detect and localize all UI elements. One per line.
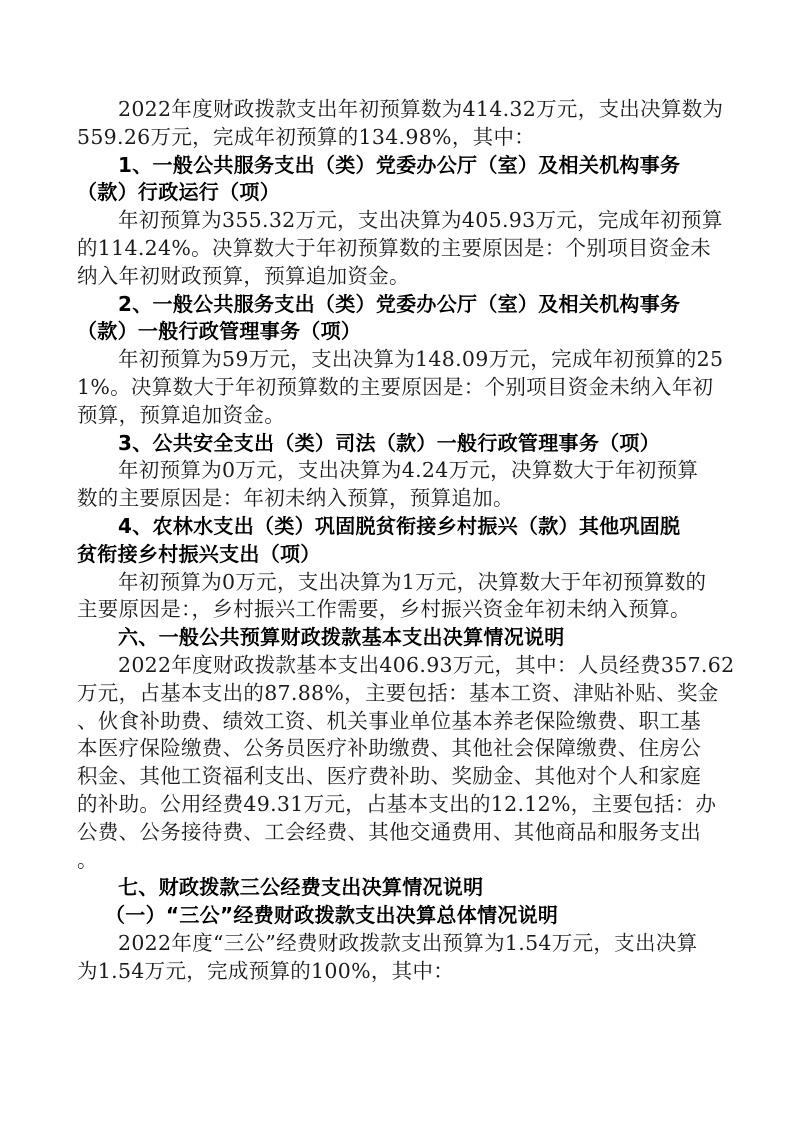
subsection-heading: （一）“三公”经费财政拨款支出决算总体情况说明 [77, 902, 717, 930]
section-heading: （款）行政运行（项） [77, 179, 717, 207]
section-heading: 七、财政拨款三公经费支出决算情况说明 [77, 874, 717, 902]
paragraph-line: 1%。决算数大于年初预算数的主要原因是：个别项目资金未纳入年初 [77, 374, 717, 402]
paragraph-line: 公费、公务接待费、工会经费、其他交通费用、其他商品和服务支出 [77, 819, 717, 847]
paragraph-line: 。 [77, 847, 717, 875]
section-heading: 3、公共安全支出（类）司法（款）一般行政管理事务（项） [77, 430, 717, 458]
paragraph-line: 积金、其他工资福利支出、医疗费补助、奖励金、其他对个人和家庭 [77, 763, 717, 791]
document-page: 2022年度财政拨款支出年初预算数为414.32万元，支出决算数为 559.26… [77, 96, 717, 986]
section-heading: 1、一般公共服务支出（类）党委办公厅（室）及相关机构事务 [77, 152, 717, 180]
paragraph-line: 数的主要原因是：年初未纳入预算，预算追加。 [77, 485, 717, 513]
paragraph-line: 年初预算为59万元，支出决算为148.09万元，完成年初预算的25 [77, 346, 717, 374]
section-heading: 4、农林水支出（类）巩固脱贫衔接乡村振兴（款）其他巩固脱 [77, 513, 717, 541]
paragraph-line: 2022年度“三公”经费财政拨款支出预算为1.54万元，支出决算 [77, 930, 717, 958]
paragraph-line: 本医疗保险缴费、公务员医疗补助缴费、其他社会保障缴费、住房公 [77, 735, 717, 763]
paragraph-line: 的补助。公用经费49.31万元，占基本支出的12.12%，主要包括：办 [77, 791, 717, 819]
section-heading: 2、一般公共服务支出（类）党委办公厅（室）及相关机构事务 [77, 291, 717, 319]
paragraph-line: 年初预算为355.32万元，支出决算为405.93万元，完成年初预算 [77, 207, 717, 235]
paragraph-line: 、伙食补助费、绩效工资、机关事业单位基本养老保险缴费、职工基 [77, 708, 717, 736]
paragraph-line: 为1.54万元，完成预算的100%，其中： [77, 958, 717, 986]
paragraph-line: 2022年度财政拨款基本支出406.93万元，其中：人员经费357.62 [77, 652, 717, 680]
paragraph-line: 预算，预算追加资金。 [77, 402, 717, 430]
paragraph-line: 559.26万元，完成年初预算的134.98%，其中： [77, 124, 717, 152]
paragraph-line: 纳入年初财政预算，预算追加资金。 [77, 263, 717, 291]
paragraph-line: 万元，占基本支出的87.88%，主要包括：基本工资、津贴补贴、奖金 [77, 680, 717, 708]
paragraph-line: 年初预算为0万元，支出决算为1万元，决算数大于年初预算数的 [77, 569, 717, 597]
paragraph-line: 年初预算为0万元，支出决算为4.24万元，决算数大于年初预算 [77, 457, 717, 485]
section-heading: 六、一般公共预算财政拨款基本支出决算情况说明 [77, 624, 717, 652]
paragraph-line: 主要原因是：，乡村振兴工作需要，乡村振兴资金年初未纳入预算。 [77, 596, 717, 624]
paragraph-line: 2022年度财政拨款支出年初预算数为414.32万元，支出决算数为 [77, 96, 717, 124]
section-heading: （款）一般行政管理事务（项） [77, 318, 717, 346]
paragraph-line: 的114.24%。决算数大于年初预算数的主要原因是：个别项目资金未 [77, 235, 717, 263]
section-heading: 贫衔接乡村振兴支出（项） [77, 541, 717, 569]
